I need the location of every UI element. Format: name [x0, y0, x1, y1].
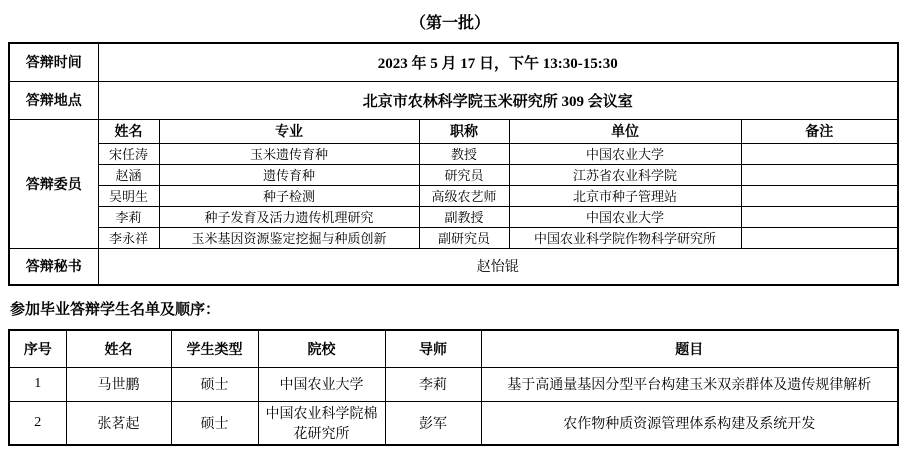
member-name: 宋任涛	[98, 143, 159, 164]
student-topic: 基于高通量基因分型平台构建玉米双亲群体及遗传规律解析	[481, 367, 898, 401]
member-unit: 北京市种子管理站	[509, 185, 741, 206]
committee-row: 赵涵 遗传育种 研究员 江苏省农业科学院	[9, 164, 898, 185]
member-remark	[741, 206, 898, 227]
member-major: 遗传育种	[159, 164, 419, 185]
member-major: 种子检测	[159, 185, 419, 206]
member-title: 副研究员	[419, 227, 509, 248]
student-no: 2	[9, 401, 66, 445]
defense-location-row: 答辩地点 北京市农林科学院玉米研究所 309 会议室	[9, 81, 898, 119]
secretary-row: 答辩秘书 赵怡锟	[9, 248, 898, 285]
member-remark	[741, 185, 898, 206]
committee-header-remark: 备注	[741, 119, 898, 143]
member-name: 李莉	[98, 206, 159, 227]
member-unit: 中国农业科学院作物科学研究所	[509, 227, 741, 248]
defense-location-label: 答辩地点	[9, 81, 98, 119]
committee-row: 李莉 种子发育及活力遗传机理研究 副教授 中国农业大学	[9, 206, 898, 227]
defense-time-row: 答辩时间 2023 年 5 月 17 日，下午 13:30-15:30	[9, 43, 898, 81]
member-title: 研究员	[419, 164, 509, 185]
member-unit: 江苏省农业科学院	[509, 164, 741, 185]
students-header-school: 院校	[258, 330, 385, 367]
committee-row: 李永祥 玉米基因资源鉴定挖掘与种质创新 副研究员 中国农业科学院作物科学研究所	[9, 227, 898, 248]
member-title: 副教授	[419, 206, 509, 227]
secretary-label: 答辩秘书	[9, 248, 98, 285]
secretary-value: 赵怡锟	[98, 248, 898, 285]
defense-info-table: 答辩时间 2023 年 5 月 17 日，下午 13:30-15:30 答辩地点…	[8, 42, 899, 286]
member-unit: 中国农业大学	[509, 206, 741, 227]
member-remark	[741, 227, 898, 248]
student-school: 中国农业大学	[258, 367, 385, 401]
member-name: 吴明生	[98, 185, 159, 206]
committee-header-name: 姓名	[98, 119, 159, 143]
committee-row: 宋任涛 玉米遗传育种 教授 中国农业大学	[9, 143, 898, 164]
committee-header-title: 职称	[419, 119, 509, 143]
defense-location-value: 北京市农林科学院玉米研究所 309 会议室	[98, 81, 898, 119]
students-header-topic: 题目	[481, 330, 898, 367]
students-header-name: 姓名	[66, 330, 171, 367]
student-advisor: 彭军	[385, 401, 481, 445]
document-page: （第一批） 答辩时间 2023 年 5 月 17 日，下午 13:30-15:3…	[0, 0, 900, 456]
students-header-type: 学生类型	[171, 330, 258, 367]
member-major: 种子发育及活力遗传机理研究	[159, 206, 419, 227]
student-topic: 农作物种质资源管理体系构建及系统开发	[481, 401, 898, 445]
member-title: 高级农艺师	[419, 185, 509, 206]
students-header-row: 序号 姓名 学生类型 院校 导师 题目	[9, 330, 898, 367]
committee-header-row: 答辩委员 姓名 专业 职称 单位 备注	[9, 119, 898, 143]
member-remark	[741, 164, 898, 185]
defense-time-value: 2023 年 5 月 17 日，下午 13:30-15:30	[98, 43, 898, 81]
student-type: 硕士	[171, 367, 258, 401]
member-remark	[741, 143, 898, 164]
student-no: 1	[9, 367, 66, 401]
member-title: 教授	[419, 143, 509, 164]
students-table: 序号 姓名 学生类型 院校 导师 题目 1 马世鹏 硕士 中国农业大学 李莉 基…	[8, 329, 899, 446]
member-name: 赵涵	[98, 164, 159, 185]
defense-time-label: 答辩时间	[9, 43, 98, 81]
student-type: 硕士	[171, 401, 258, 445]
student-school: 中国农业科学院棉花研究所	[258, 401, 385, 445]
committee-header-unit: 单位	[509, 119, 741, 143]
student-row: 1 马世鹏 硕士 中国农业大学 李莉 基于高通量基因分型平台构建玉米双亲群体及遗…	[9, 367, 898, 401]
member-major: 玉米基因资源鉴定挖掘与种质创新	[159, 227, 419, 248]
student-name: 张茗起	[66, 401, 171, 445]
committee-header-major: 专业	[159, 119, 419, 143]
batch-title: （第一批）	[0, 0, 900, 42]
member-major: 玉米遗传育种	[159, 143, 419, 164]
committee-label: 答辩委员	[9, 119, 98, 248]
committee-row: 吴明生 种子检测 高级农艺师 北京市种子管理站	[9, 185, 898, 206]
student-advisor: 李莉	[385, 367, 481, 401]
students-header-no: 序号	[9, 330, 66, 367]
students-header-advisor: 导师	[385, 330, 481, 367]
student-row: 2 张茗起 硕士 中国农业科学院棉花研究所 彭军 农作物种质资源管理体系构建及系…	[9, 401, 898, 445]
student-name: 马世鹏	[66, 367, 171, 401]
students-section-heading: 参加毕业答辩学生名单及顺序：	[0, 286, 900, 329]
member-name: 李永祥	[98, 227, 159, 248]
member-unit: 中国农业大学	[509, 143, 741, 164]
